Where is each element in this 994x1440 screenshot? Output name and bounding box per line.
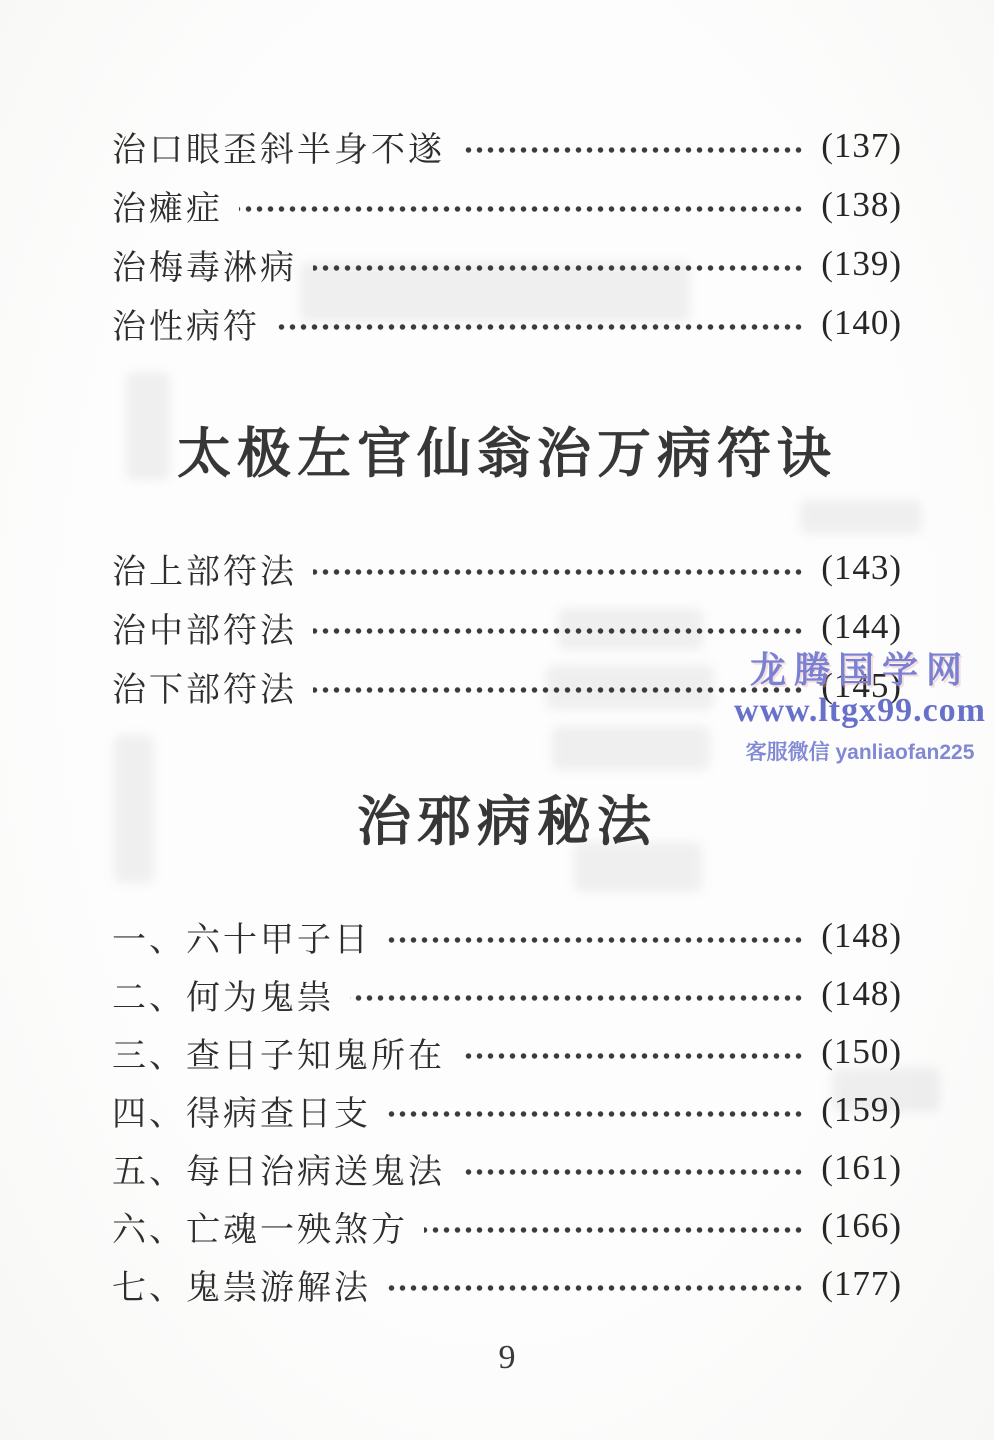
toc-entry: 治下部符法 (145) xyxy=(112,665,902,707)
toc-content: 治口眼歪斜半身不遂 (137) 治瘫症 (138) 治梅毒淋病 (139) 治性… xyxy=(112,125,902,1381)
toc-entry: 七、鬼祟游解法 (177) xyxy=(112,1263,902,1305)
toc-entry: 治梅毒淋病 (139) xyxy=(112,243,902,285)
dot-leader xyxy=(461,146,804,154)
dot-leader xyxy=(387,936,804,944)
dot-leader xyxy=(313,568,804,576)
toc-entry-label: 四、得病查日支 xyxy=(112,1086,371,1135)
scanned-book-page: 治口眼歪斜半身不遂 (137) 治瘫症 (138) 治梅毒淋病 (139) 治性… xyxy=(0,0,994,1440)
toc-entry-page: (140) xyxy=(814,303,902,343)
toc-entry: 三、查日子知鬼所在 (150) xyxy=(112,1031,902,1073)
toc-entry: 一、六十甲子日 (148) xyxy=(112,915,902,957)
toc-entry-page: (145) xyxy=(814,666,902,706)
toc-entry-label: 三、查日子知鬼所在 xyxy=(112,1028,445,1077)
toc-entry-page: (139) xyxy=(814,244,902,284)
toc-entry-page: (148) xyxy=(814,916,902,956)
toc-entry-page: (144) xyxy=(814,607,902,647)
toc-entry: 四、得病查日支 (159) xyxy=(112,1089,902,1131)
toc-entry: 治中部符法 (144) xyxy=(112,606,902,648)
toc-entry-page: (177) xyxy=(814,1264,902,1304)
toc-entry-page: (161) xyxy=(814,1148,902,1188)
toc-entry-label: 治梅毒淋病 xyxy=(112,240,297,289)
dot-leader xyxy=(313,627,804,635)
toc-entry-label: 二、何为鬼祟 xyxy=(112,970,334,1019)
dot-leader xyxy=(461,1168,804,1176)
toc-entry-label: 七、鬼祟游解法 xyxy=(112,1260,371,1309)
toc-entry: 六、亡魂一殃煞方 (166) xyxy=(112,1205,902,1247)
toc-entry-page: (159) xyxy=(814,1090,902,1130)
dot-leader xyxy=(276,323,804,331)
page-number: 9 xyxy=(112,1335,902,1381)
dot-leader xyxy=(424,1226,804,1234)
dot-leader xyxy=(387,1110,804,1118)
dot-leader xyxy=(239,205,804,213)
section-heading-2: 治邪病秘法 xyxy=(112,787,902,857)
toc-entry-page: (137) xyxy=(814,126,902,166)
toc-entry-page: (143) xyxy=(814,548,902,588)
toc-entry-page: (166) xyxy=(814,1206,902,1246)
toc-entry-label: 治口眼歪斜半身不遂 xyxy=(112,122,445,171)
toc-entry-label: 治性病符 xyxy=(112,299,260,348)
toc-entry-label: 六、亡魂一殃煞方 xyxy=(112,1202,408,1251)
dot-leader xyxy=(350,994,804,1002)
toc-entry: 二、何为鬼祟 (148) xyxy=(112,973,902,1015)
toc-entry-label: 治上部符法 xyxy=(112,544,297,593)
toc-section-3: 一、六十甲子日 (148) 二、何为鬼祟 (148) 三、查日子知鬼所在 (15… xyxy=(112,915,902,1305)
toc-entry-label: 五、每日治病送鬼法 xyxy=(112,1144,445,1193)
dot-leader xyxy=(461,1052,804,1060)
toc-entry-page: (148) xyxy=(814,974,902,1014)
toc-entry-page: (138) xyxy=(814,185,902,225)
toc-entry: 治口眼歪斜半身不遂 (137) xyxy=(112,125,902,167)
toc-entry-label: 治中部符法 xyxy=(112,603,297,652)
toc-entry: 五、每日治病送鬼法 (161) xyxy=(112,1147,902,1189)
toc-entry-page: (150) xyxy=(814,1032,902,1072)
section-heading-1: 太极左官仙翁治万病符诀 xyxy=(112,419,902,489)
dot-leader xyxy=(313,686,804,694)
dot-leader xyxy=(387,1284,804,1292)
toc-entry-label: 治下部符法 xyxy=(112,662,297,711)
toc-entry-label: 一、六十甲子日 xyxy=(112,912,371,961)
toc-entry: 治上部符法 (143) xyxy=(112,547,902,589)
toc-section-1: 治口眼歪斜半身不遂 (137) 治瘫症 (138) 治梅毒淋病 (139) 治性… xyxy=(112,125,902,344)
toc-entry: 治瘫症 (138) xyxy=(112,184,902,226)
toc-entry-label: 治瘫症 xyxy=(112,181,223,230)
dot-leader xyxy=(313,264,804,272)
toc-entry: 治性病符 (140) xyxy=(112,302,902,344)
toc-section-2: 治上部符法 (143) 治中部符法 (144) 治下部符法 (145) xyxy=(112,547,902,707)
